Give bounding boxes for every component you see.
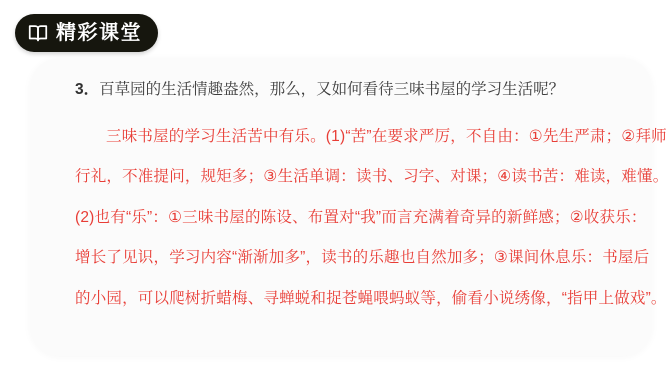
answer-line: (2)也有“乐”：①三味书屋的陈设、布置对“我”而言充满着奇异的新鲜感；②收获乐… xyxy=(75,198,632,239)
badge-label: 精彩课堂 xyxy=(56,23,142,43)
content-card: 3．百草园的生活情趣盎然，那么，又如何看待三味书屋的学习生活呢？ 三味书屋的学习… xyxy=(30,58,652,356)
open-book-icon xyxy=(27,22,49,44)
answer-line: 的小园，可以爬树折蜡梅、寻蝉蜕和捉苍蝇喂蚂蚁等，偷看小说绣像，“指甲上做戏”。 xyxy=(75,279,632,320)
question-text: 百草园的生活情趣盎然，那么，又如何看待三味书屋的学习生活呢？ xyxy=(99,81,564,98)
answer-line: 增长了见识，学习内容“渐渐加多”，读书的乐趣也自然加多；③课间休息乐：书屋后 xyxy=(75,238,632,279)
slide: 精彩课堂 3．百草园的生活情趣盎然，那么，又如何看待三味书屋的学习生活呢？ 三味… xyxy=(0,0,668,376)
answer-paragraph: 三味书屋的学习生活苦中有乐。(1)“苦”在要求严厉，不自由：①先生严肃；②拜师 … xyxy=(75,117,632,320)
question-line: 3．百草园的生活情趣盎然，那么，又如何看待三味书屋的学习生活呢？ xyxy=(75,70,632,111)
section-badge: 精彩课堂 xyxy=(15,14,158,52)
answer-line: 行礼，不准提问，规矩多；③生活单调：读书、习字、对课；④读书苦：难读，难懂。 xyxy=(75,157,632,198)
question-number: 3． xyxy=(75,81,99,98)
answer-line: 三味书屋的学习生活苦中有乐。(1)“苦”在要求严厉，不自由：①先生严肃；②拜师 xyxy=(75,117,632,158)
